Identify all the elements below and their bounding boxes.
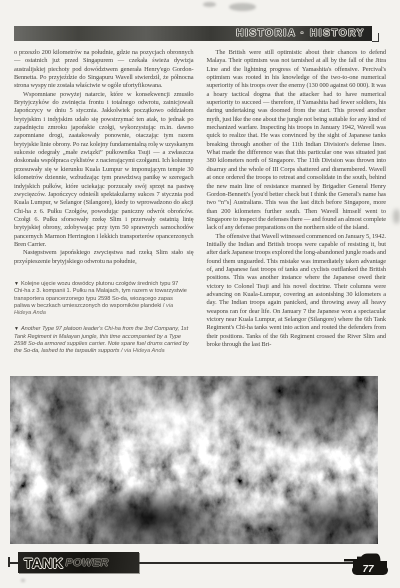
caption-credit: via Hideya Anda [124,348,165,354]
section-title: HISTORIA · HISTORY [236,28,365,39]
scan-smudge [21,579,25,582]
photo-shading [10,376,378,544]
logo-text-power: POWER [65,557,108,569]
paragraph-polish: Wspomniane powyżej natarcie, które w kon… [14,91,194,250]
section-header-bar: HISTORIA · HISTORY [14,26,372,41]
scan-smudge [203,2,216,7]
column-polish: o przeszło 200 kilometrów na południe, g… [14,49,194,375]
logo-text-tank: TANK [24,555,63,571]
page-number: 77 [362,564,374,575]
paragraph-english: The British were still optimistic about … [207,49,387,233]
tankpower-logo: TANKPOWER [18,552,139,573]
photo-caption-english: ▼Another Type 97 platoon leader's Chi-ha… [14,326,194,355]
scan-smudge [229,3,256,11]
magazine-page: HISTORIA · HISTORY o przeszło 200 kilome… [0,0,400,588]
scan-smudge [393,209,400,224]
tank-icon: 77 [344,548,392,577]
article-body: o przeszło 200 kilometrów na południe, g… [14,49,386,375]
paragraph-english: The offensive that Wavell witnessed comm… [207,233,387,350]
photograph-tanks-jungle [10,376,378,544]
column-english: The British were still optimistic about … [207,49,387,375]
header-notch-mark [372,33,379,42]
caption-text: Kolejne ujęcie wozu dowódcy plutonu czoł… [14,281,187,309]
photo-caption-polish: ▼Kolejne ujęcie wozu dowódcy plutonu czo… [14,281,194,317]
paragraph-polish: o przeszło 200 kilometrów na południe, g… [14,49,194,91]
caption-arrow-icon: ▼ [14,281,19,287]
caption-arrow-icon: ▼ [14,326,19,332]
paragraph-polish: Następstwem japońskiego zwycięstwa nad r… [14,249,194,266]
